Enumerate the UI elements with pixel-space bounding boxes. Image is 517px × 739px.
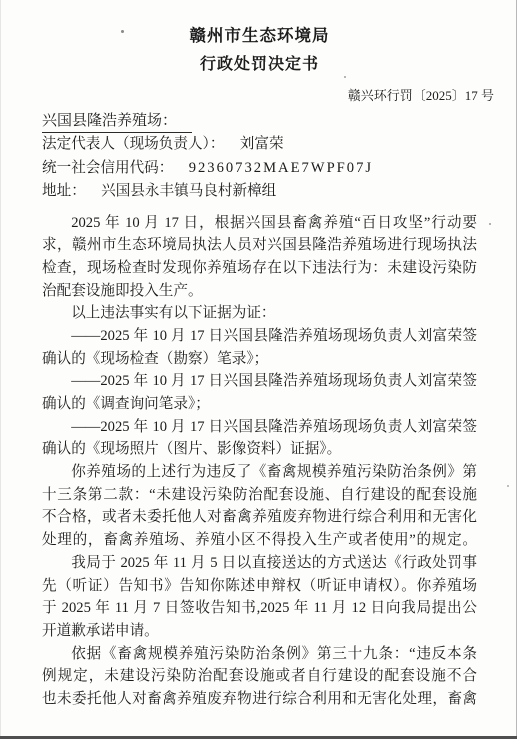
scan-speck xyxy=(121,30,124,33)
body-line: 检查，现场检查时发现你养殖场存在以下违法行为：未建设污染防 xyxy=(42,257,477,280)
body-line: 治配套设施即投入生产。 xyxy=(42,280,477,303)
scan-speck xyxy=(344,76,346,78)
recipient-field-credit-code: 统一社会信用代码：92360732MAE7WPF07J xyxy=(42,157,477,181)
scanned-document-page: 赣州市生态环境局 行政处罚决定书 赣兴环行罚〔2025〕17 号 兴国县隆浩养殖… xyxy=(0,0,517,739)
scan-speck xyxy=(507,485,509,487)
body-line: 十三条第二款：“未建设污染防治配套设施、自行建设的配套设施 xyxy=(42,484,477,507)
body-line: ——2025 年 10 月 17 日兴国县隆浩养殖场现场负责人刘富荣签字 xyxy=(42,416,477,439)
document-type-title: 行政处罚决定书 xyxy=(42,53,477,77)
body-line: 我局于 2025 年 11 月 5 日以直接送达的方式送达《行政处罚事 xyxy=(42,552,477,575)
issuing-authority-title: 赣州市生态环境局 xyxy=(42,24,477,48)
body-line: 确认的《调查询问笔录》； xyxy=(42,393,477,416)
field-label: 地址： xyxy=(42,183,86,199)
body-line: 你养殖场的上述行为违反了《畜禽规模养殖污染防治条例》第 xyxy=(42,461,477,484)
body-line: ——2025 年 10 月 17 日兴国县隆浩养殖场现场负责人刘富荣签字 xyxy=(42,370,477,393)
recipient-name-underlined: 兴国县隆浩养殖场： xyxy=(42,111,192,133)
body-line: 例规定，未建设污染防治配套设施或者自行建设的配套设施不合格， xyxy=(42,665,477,688)
document-body: 2025 年 10 月 17 日，根据兴国县畜禽养殖“百日攻坚”行动要 求，赣州… xyxy=(42,212,477,711)
body-line: 以上违法事实有以下证据为证： xyxy=(42,302,477,325)
body-line: 也未委托他人对畜禽养殖废弃物进行综合利用和无害化处理，畜禽 xyxy=(42,688,477,711)
body-line: 依据《畜禽规模养殖污染防治条例》第三十九条：“违反本条 xyxy=(42,643,477,666)
field-value: 刘富荣 xyxy=(240,136,284,152)
body-line: 确认的《现场照片（图片、影像资料）证据》。 xyxy=(42,438,477,461)
body-line: ——2025 年 10 月 17 日兴国县隆浩养殖场现场负责人刘富荣签字 xyxy=(42,325,477,348)
body-line: 不合格，或者未委托他人对畜禽养殖废弃物进行综合利用和无害化 xyxy=(42,506,477,529)
scan-speck xyxy=(489,223,491,225)
body-line: 确认的《现场检查（勘察）笔录》； xyxy=(42,348,477,371)
body-line: 2025 年 10 月 17 日，根据兴国县畜禽养殖“百日攻坚”行动要 xyxy=(42,212,477,235)
recipient-field-address: 地址：兴国县永丰镇马良村新樟组 xyxy=(42,180,477,204)
body-line: 处理的，畜禽养殖场、养殖小区不得投入生产或者使用”的规定。 xyxy=(42,529,477,552)
body-line: 开道歉承诺申请。 xyxy=(42,620,477,643)
recipient-field-legal-rep: 法定代表人（现场负责人）：刘富荣 xyxy=(42,133,477,157)
document-number: 赣兴环行罚〔2025〕17 号 xyxy=(42,88,494,104)
body-line: 求，赣州市生态环境局执法人员对兴国县隆浩养殖场进行现场执法 xyxy=(42,234,477,257)
recipient-name: 兴国县隆浩养殖场： xyxy=(42,111,477,133)
body-line: 先（听证）告知书》告知你陈述申辩权（听证申请权）。你养殖场 xyxy=(42,575,477,598)
field-value: 兴国县永丰镇马良村新樟组 xyxy=(101,183,276,199)
field-label: 统一社会信用代码： xyxy=(42,160,173,176)
field-label: 法定代表人（现场负责人）： xyxy=(42,136,224,152)
scan-edge-left xyxy=(0,0,1,739)
body-line: 于 2025 年 11 月 7 日签收告知书,2025 年 11 月 12 日向… xyxy=(42,597,477,620)
document-content: 赣州市生态环境局 行政处罚决定书 赣兴环行罚〔2025〕17 号 兴国县隆浩养殖… xyxy=(42,0,477,711)
field-value: 92360732MAE7WPF07J xyxy=(189,160,373,176)
